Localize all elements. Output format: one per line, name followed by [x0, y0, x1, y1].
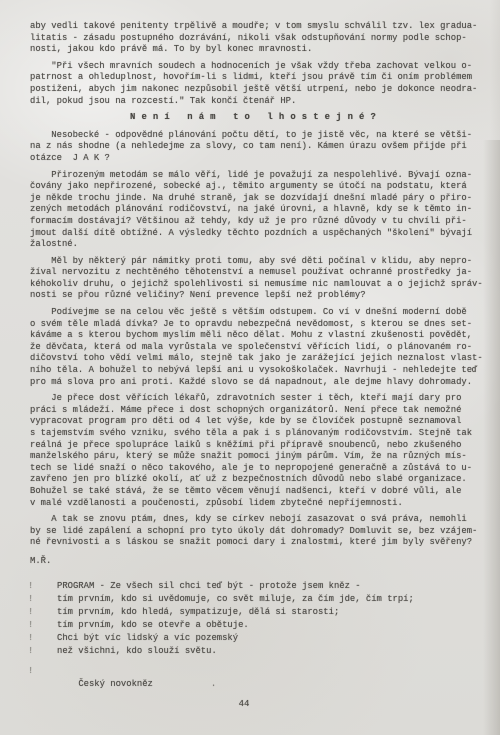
page-number: 44 [0, 699, 488, 709]
paragraph: Přirozeným metodám se málo věří, lidé je… [30, 170, 496, 251]
paragraph: A tak se znovu ptám, dnes, kdy se církev… [30, 514, 496, 549]
paragraph: Je přece dost věřících lékařů, zdravotní… [30, 393, 496, 509]
section-heading: N e n í n á m t o l h o s t e j n é ? [30, 112, 496, 124]
margin-marks: ! ! ! ! ! ! [28, 580, 33, 658]
stray-mark: . [211, 679, 216, 689]
program-text: PROGRAM - Ze všech sil chci teď být - pr… [57, 580, 496, 658]
margin-mark: ! [28, 665, 33, 678]
program-block: ! ! ! ! ! ! PROGRAM - Ze všech sil chci … [57, 580, 496, 658]
paragraph-quote: "Při všech mravních soudech a hodnoceníc… [30, 61, 496, 107]
author-initials: M.Ř. [30, 556, 496, 568]
paragraph: Podívejme se na celou věc ještě s větším… [30, 307, 496, 388]
typewritten-text-body: aby vedli takové penitenty trpělivě a mo… [30, 21, 496, 704]
author-line: !Český novokněz. [57, 665, 496, 704]
author-name: Český novokněz [78, 679, 153, 689]
paragraph: Měl by některý pár námitky proti tomu, a… [30, 256, 496, 302]
paragraph: Nesobecké - odpovědné plánování počtu dě… [30, 130, 496, 165]
paragraph-continuation: aby vedli takové penitenty trpělivě a mo… [30, 21, 496, 56]
